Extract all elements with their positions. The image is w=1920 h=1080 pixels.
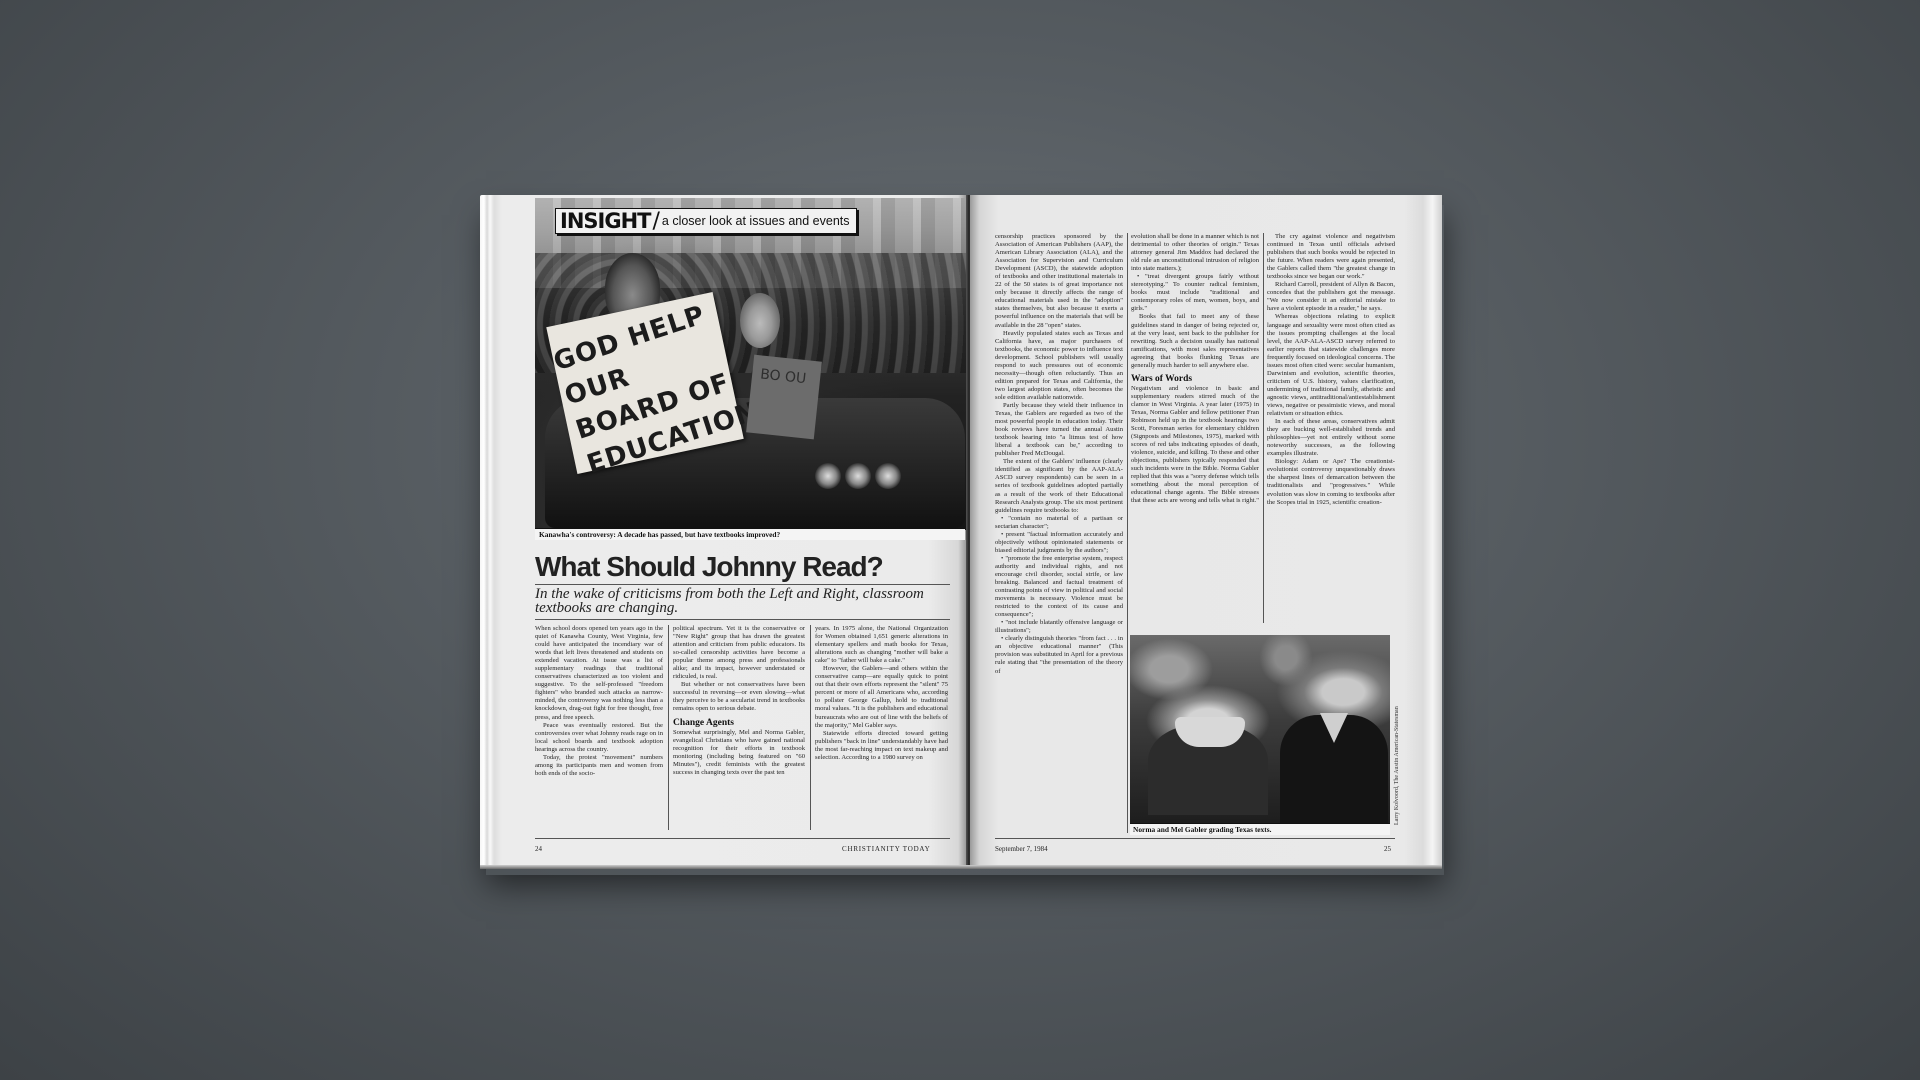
child-sign-text: BO OU — [759, 363, 807, 390]
column-divider — [1127, 233, 1128, 833]
footer-rule-right — [995, 838, 1395, 839]
paragraph: evolution shall be done in a manner whic… — [1131, 233, 1259, 273]
paragraph: Statewide efforts directed toward gettin… — [815, 730, 948, 762]
page-number-left: 24 — [535, 845, 542, 853]
paragraph: censorship practices sponsored by the As… — [995, 233, 1123, 330]
guideline-text: "not include blatantly offensive languag… — [995, 619, 1123, 634]
gablers-photo — [1130, 635, 1390, 825]
paragraph: Peace was eventually restored. But the c… — [535, 722, 663, 754]
left-column-2: political spectrum. Yet it is the conser… — [673, 625, 805, 777]
guideline-text: "treat divergent groups fairly without s… — [1131, 273, 1259, 312]
column-divider — [1263, 233, 1264, 623]
column-divider — [810, 625, 811, 830]
guideline-text: present "factual information accurately … — [995, 531, 1123, 554]
issue-date: September 7, 1984 — [995, 845, 1048, 853]
right-page: censorship practices sponsored by the As… — [970, 195, 1442, 868]
subhead-wars-of-words: Wars of Words — [1131, 374, 1259, 384]
paragraph: In each of these areas, conservatives ad… — [1267, 418, 1395, 458]
page-edge — [480, 865, 1442, 869]
paragraph: Books that fail to meet any of these gui… — [1131, 313, 1259, 369]
article-headline: What Should Johnny Read? — [535, 551, 883, 583]
page-number-right: 25 — [1384, 845, 1391, 853]
footer-rule — [535, 838, 950, 839]
insight-word: INSIGHT — [556, 209, 652, 233]
photo-credit-right-text: Larry Kolvoord, The Austin American-Stat… — [1394, 706, 1400, 825]
headline-rule — [535, 584, 950, 585]
paragraph: years. In 1975 alone, the National Organ… — [815, 625, 948, 665]
paragraph: Somewhat surprisingly, Mel and Norma Gab… — [673, 729, 805, 777]
guideline-text: clearly distinguish theories "from fact … — [995, 635, 1123, 674]
protest-photo: GOD HELP OUR BOARD OF EDUCATION BO OU IN… — [535, 198, 967, 530]
left-column-3: years. In 1975 alone, the National Organ… — [815, 625, 948, 762]
photo-caption-right: Norma and Mel Gabler grading Texas texts… — [1130, 823, 1390, 835]
paragraph: Whereas objections relating to explicit … — [1267, 313, 1395, 418]
paragraph: But whether or not conservatives have be… — [673, 681, 805, 713]
norma-collar — [1175, 717, 1245, 747]
dek-rule — [535, 619, 950, 620]
headlight-icon — [815, 463, 841, 489]
magazine-spread: GOD HELP OUR BOARD OF EDUCATION BO OU IN… — [480, 195, 1442, 868]
photo-credit-right: Larry Kolvoord, The Austin American-Stat… — [1394, 715, 1404, 825]
headlight-icon — [875, 463, 901, 489]
paragraph: Today, the protest "movement" numbers am… — [535, 754, 663, 778]
article-dek: In the wake of criticisms from both the … — [535, 587, 945, 615]
paragraph: However, the Gablers—and others within t… — [815, 665, 948, 729]
paragraph: Richard Carroll, president of Allyn & Ba… — [1267, 281, 1395, 313]
guideline-bullet: • clearly distinguish theories "from fac… — [995, 635, 1123, 675]
left-page: GOD HELP OUR BOARD OF EDUCATION BO OU IN… — [480, 195, 968, 868]
guideline-bullet: • "promote the free enterprise system, r… — [995, 555, 1123, 619]
guideline-text: "promote the free enterprise system, res… — [995, 555, 1123, 618]
paragraph: political spectrum. Yet it is the conser… — [673, 625, 805, 681]
right-column-3: The cry against violence and negativism … — [1267, 233, 1395, 507]
photo-caption: Kanawha's controversy: A decade has pass… — [535, 528, 965, 540]
paragraph: Biology: Adam or Ape? The creationist-ev… — [1267, 458, 1395, 506]
right-column-2: evolution shall be done in a manner whic… — [1131, 233, 1259, 506]
guideline-bullet: • "contain no material of a partisan or … — [995, 515, 1123, 531]
guideline-text: "contain no material of a partisan or se… — [995, 515, 1123, 530]
headlight-icon — [845, 463, 871, 489]
right-column-1: censorship practices sponsored by the As… — [995, 233, 1123, 676]
paragraph: The cry against violence and negativism … — [1267, 233, 1395, 281]
column-divider — [668, 625, 669, 830]
insight-slash: / — [652, 209, 659, 234]
paragraph: The extent of the Gablers' influence (cl… — [995, 458, 1123, 514]
guideline-bullet: • "not include blatantly offensive langu… — [995, 619, 1123, 635]
guideline-bullet: • "treat divergent groups fairly without… — [1131, 273, 1259, 313]
paragraph: When school doors opened ten years ago i… — [535, 625, 663, 722]
child-sign: BO OU — [746, 355, 822, 440]
insight-tagline: a closer look at issues and events — [660, 214, 856, 228]
guideline-bullet: • present "factual information accuratel… — [995, 531, 1123, 555]
paragraph: Heavily populated states such as Texas a… — [995, 330, 1123, 402]
subhead-change-agents: Change Agents — [673, 718, 805, 728]
protester-child — [740, 293, 780, 348]
left-column-1: When school doors opened ten years ago i… — [535, 625, 663, 778]
insight-banner: INSIGHT / a closer look at issues and ev… — [555, 208, 857, 234]
paragraph: Partly because they wield their influenc… — [995, 402, 1123, 458]
publication-name: CHRISTIANITY TODAY — [842, 845, 931, 853]
paragraph: Negativism and violence in basic and sup… — [1131, 385, 1259, 506]
